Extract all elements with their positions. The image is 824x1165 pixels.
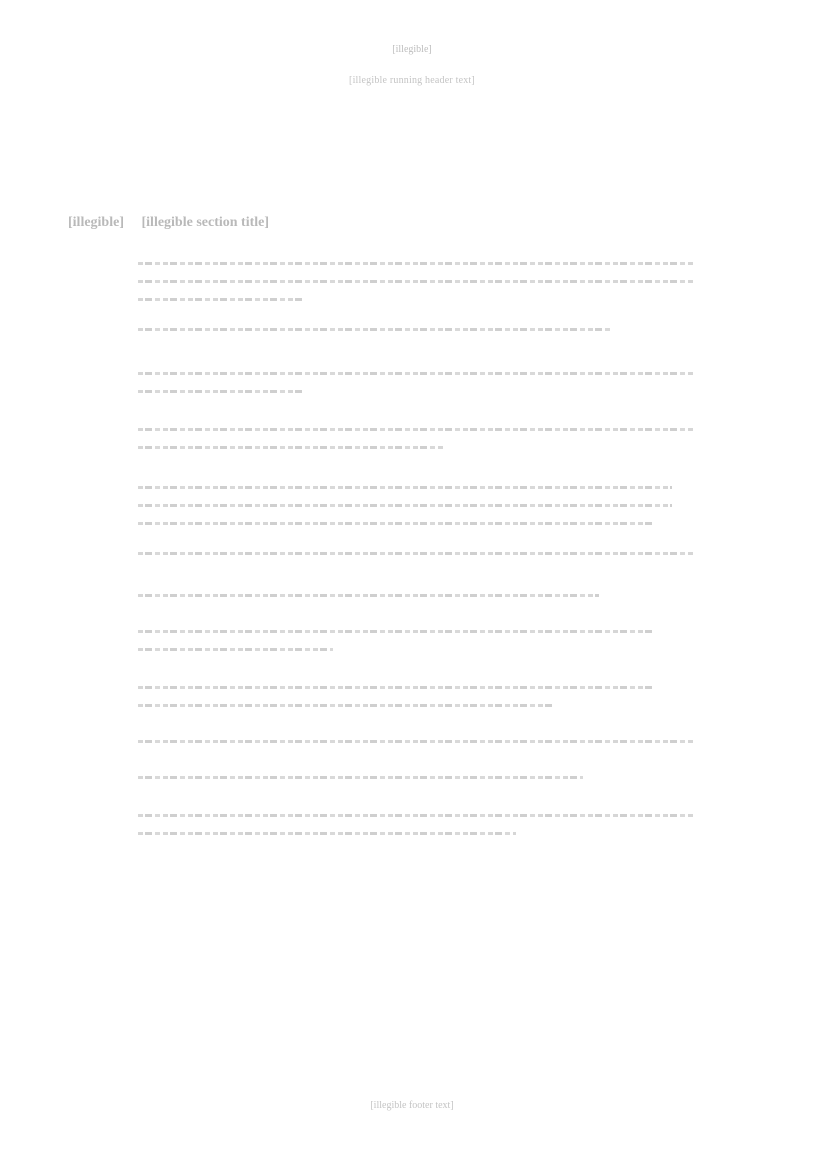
text-line [138,832,516,835]
section-number: [illegible] [68,215,138,231]
page-number: [illegible] [0,44,824,55]
running-header: [illegible running header text] [0,75,824,86]
text-line [138,486,672,489]
text-line [138,390,305,393]
text-line [138,298,305,301]
text-line [138,328,611,331]
text-line [138,372,694,375]
text-line [138,594,599,597]
paragraph: [illegible paragraph 2] [138,328,694,346]
section-title: [illegible section title] [142,215,270,230]
paragraph: [illegible paragraph 9] [138,686,694,722]
text-line [138,446,444,449]
text-line [138,648,333,651]
text-line [138,814,694,817]
paragraph: [illegible paragraph 7] [138,594,694,612]
text-line [138,740,694,743]
paragraph: [illegible paragraph 11] [138,776,694,794]
text-line [138,428,694,431]
paragraph: [illegible paragraph 8] [138,630,694,666]
text-line [138,704,555,707]
text-line [138,280,694,283]
text-line [138,776,583,779]
text-line [138,262,694,265]
paragraph: [illegible paragraph 10] [138,740,694,758]
section-heading: [illegible] [illegible section title] [68,215,269,231]
paragraph: [illegible paragraph 1] [138,262,694,316]
paragraph: [illegible paragraph 5] [138,486,694,540]
text-line [138,522,655,525]
text-line [138,552,694,555]
page-footer: [illegible footer text] [0,1100,824,1111]
paragraph: [illegible paragraph 3] [138,372,694,408]
text-line [138,686,655,689]
paragraph: [illegible paragraph 6] [138,552,694,570]
paragraph: [illegible paragraph 12] [138,814,694,850]
text-line [138,504,672,507]
text-line [138,630,655,633]
paragraph: [illegible paragraph 4] [138,428,694,464]
